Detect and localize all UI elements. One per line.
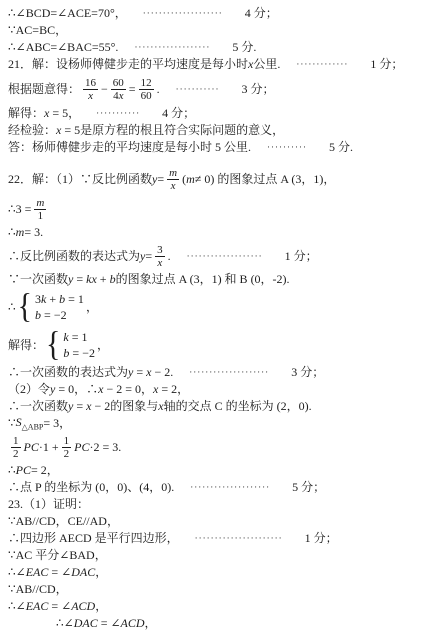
fraction-denominator: 2	[62, 448, 72, 460]
math-run: x = 5	[44, 106, 68, 121]
math-run: y = x − 2	[128, 365, 170, 380]
fraction: 3x	[155, 244, 165, 269]
fraction-numerator: m	[34, 197, 46, 210]
dotted-leader: ···········	[176, 82, 220, 97]
text-run: 公里.	[253, 57, 280, 72]
text-run: 解得：	[8, 106, 44, 121]
text-run: ，	[141, 382, 153, 397]
math-run: y = 0	[50, 382, 74, 397]
score-label: 1 分；	[370, 57, 403, 72]
system-rows: k = 1b = −2	[63, 329, 95, 361]
solution-line: 经检验：x = 5 是原方程的根且符合实际问题的意义，	[8, 122, 439, 139]
text-run: ∴∠BCD=∠ACE=70°，	[8, 6, 127, 21]
score-label: 1 分；	[285, 249, 318, 264]
fraction: m1	[34, 197, 46, 222]
solution-line: ∵S△ABP = 3，	[8, 415, 439, 432]
text-run: （2）令	[8, 382, 50, 397]
subscripted-symbol: S△ABP	[16, 415, 44, 431]
solution-line: 根据题意得：16x − 604x = 1260.···········3 分；	[8, 73, 439, 105]
fraction-denominator: x	[155, 257, 164, 269]
text-run: ∴3 =	[8, 202, 31, 217]
solution-line: ∴PC = 2，	[8, 462, 439, 479]
text-run: ∵一次函数	[8, 272, 68, 287]
solution-line: 23.（1）证明：	[8, 496, 439, 513]
text-run: .	[157, 82, 160, 97]
text-run: ∴	[8, 225, 16, 240]
left-brace-icon: {	[46, 328, 60, 363]
system-equation: b = −2	[35, 307, 84, 323]
text-run: 21．解：设杨师傅健步走的平均速度是每小时	[8, 57, 248, 72]
math-run: x = 5	[56, 123, 80, 138]
math-run: y = x − 2	[68, 399, 110, 414]
fraction: 12	[11, 435, 21, 460]
solution-line: ∵一次函数 y = kx + b 的图象过点 A (3，1) 和 B (0，-2…	[8, 271, 439, 288]
solution-line: 21．解：设杨师傅健步走的平均速度是每小时 x 公里.·············…	[8, 56, 439, 73]
text-run: ，	[68, 106, 80, 121]
text-run: ∴	[56, 616, 64, 631]
score-label: 4 分；	[245, 6, 278, 21]
text-run: ∵AB//CD，	[8, 582, 68, 597]
text-run: 答：杨师傅健步走的平均速度是每小时 5 公里.	[8, 140, 251, 155]
text-run: 23.（1）证明：	[8, 497, 89, 512]
fraction-numerator: 60	[111, 77, 126, 90]
solution-line: ∴点 P 的坐标为 (0，0)、(4，0).··················…	[8, 479, 439, 496]
dotted-leader: ···········	[96, 106, 140, 121]
document-page: ∴∠BCD=∠ACE=70°，····················4 分；∵…	[0, 0, 443, 632]
text-run: =	[157, 172, 164, 187]
fraction-denominator: 2	[11, 448, 21, 460]
system-equation: b = −2	[63, 345, 95, 361]
math-run: ∠EAC = ∠ACD	[16, 599, 96, 614]
solution-line: （2）令 y = 0，∴ x − 2 = 0， x = 2，	[8, 381, 439, 398]
text-run: ∴一次函数	[8, 399, 68, 414]
solution-line: 12PC·1 + 12PC·2 = 3.	[8, 432, 439, 462]
solution-line: ∴一次函数 y = x − 2 的图象与 x 轴的交点 C 的坐标为 (2，0)…	[8, 398, 439, 415]
solution-line: ∴反比例函数的表达式为 y = 3x.···················1 …	[8, 241, 439, 271]
text-run: 根据题意得：	[8, 82, 80, 97]
solution-line: ∵AC 平分∠BAD，	[8, 547, 439, 564]
fraction: mx	[167, 167, 179, 192]
score-label: 3 分；	[242, 82, 275, 97]
solution-line: 22．解：（1）∵反比例函数 y = mx(m ≠ 0) 的图象过点 A (3，…	[8, 164, 439, 194]
text-run: ∵	[8, 416, 16, 431]
solution-line: ∵AC=BC，	[8, 22, 439, 39]
text-run: .	[168, 249, 171, 264]
solution-line: 答：杨师傅健步走的平均速度是每小时 5 公里.··········5 分.	[8, 139, 439, 156]
text-run: ，	[95, 565, 107, 580]
math-run: m	[16, 225, 25, 240]
text-run: = 2，	[31, 463, 59, 478]
text-run: 解得：	[8, 338, 44, 353]
text-run: ，	[95, 599, 107, 614]
solution-line: ∵AB//CD，	[8, 581, 439, 598]
math-run: PC	[16, 463, 31, 478]
equation-system: {3k + b = 1b = −2	[18, 291, 84, 323]
text-run: ，∴	[74, 382, 98, 397]
text-run: = 3，	[43, 416, 71, 431]
dotted-leader: ···················	[134, 40, 210, 55]
dotted-leader: ·············	[296, 57, 348, 72]
text-run: 是原方程的根且符合实际问题的意义，	[80, 123, 284, 138]
text-run: 22．解：（1）∵反比例函数	[8, 172, 152, 187]
fraction-denominator: 4x	[111, 90, 125, 102]
text-run: ，	[97, 338, 109, 353]
text-run: = 3.	[24, 225, 43, 240]
text-run: 的图象与	[110, 399, 158, 414]
text-run: ∵AB//CD，CE//AD，	[8, 514, 119, 529]
text-run: ，	[145, 616, 157, 631]
text-run: ∵AC 平分∠BAD，	[8, 548, 107, 563]
math-run: ∠EAC = ∠DAC	[16, 565, 96, 580]
fraction-denominator: x	[86, 90, 95, 102]
text-run: 轴的交点 C 的坐标为 (2，0).	[164, 399, 312, 414]
system-rows: 3k + b = 1b = −2	[35, 291, 84, 323]
dotted-leader: ····················	[143, 6, 223, 21]
solution-line: ∴∠ABC=∠BAC=55°.···················5 分.	[8, 39, 439, 56]
dotted-leader: ····················	[190, 480, 270, 495]
left-brace-icon: {	[18, 290, 32, 325]
math-run: y = kx + b	[68, 272, 116, 287]
dotted-leader: ··········	[267, 140, 307, 155]
text-run: ·2 = 3.	[89, 440, 121, 455]
score-label: 5 分.	[329, 140, 353, 155]
symbol-subscript: △ABP	[22, 423, 44, 432]
dotted-leader: ···················	[187, 249, 263, 264]
equation-system: {k = 1b = −2	[46, 329, 95, 361]
fraction-numerator: m	[167, 167, 179, 180]
score-label: 5 分.	[232, 40, 256, 55]
solution-line: ∴∠EAC = ∠DAC，	[8, 564, 439, 581]
solution-line: ∴∠BCD=∠ACE=70°，····················4 分；	[8, 5, 439, 22]
text-run: ，	[86, 300, 98, 315]
solution-line: ∴3 = m1	[8, 194, 439, 224]
fraction: 1260	[139, 77, 154, 102]
fraction-numerator: 1	[11, 435, 21, 448]
text-run: ∴	[8, 599, 16, 614]
text-run: ≠ 0) 的图象过点 A (3，1)，	[195, 172, 336, 187]
text-run: ∵AC=BC，	[8, 23, 67, 38]
text-run: ∴一次函数的表达式为	[8, 365, 128, 380]
solution-line: ∴四边形 AECD 是平行四边形，······················1…	[8, 530, 439, 547]
dotted-leader: ····················	[189, 365, 269, 380]
score-label: 3 分；	[291, 365, 324, 380]
dotted-leader: ······················	[195, 531, 283, 546]
text-run: 经检验：	[8, 123, 56, 138]
fraction-numerator: 1	[62, 435, 72, 448]
text-run: ，	[177, 382, 189, 397]
math-run: x = 2	[153, 382, 177, 397]
text-run: ∴	[8, 463, 16, 478]
fraction: 16x	[83, 77, 98, 102]
text-run: ·1 +	[39, 440, 59, 455]
fraction-numerator: 16	[83, 77, 98, 90]
text-run: =	[129, 82, 136, 97]
fraction-numerator: 12	[139, 77, 154, 90]
text-run: ∴	[8, 565, 16, 580]
score-label: 1 分；	[305, 531, 338, 546]
fraction-numerator: 3	[155, 244, 165, 257]
text-run: ∴点 P 的坐标为 (0，0)、(4，0).	[8, 480, 174, 495]
document-body: ∴∠BCD=∠ACE=70°，····················4 分；∵…	[8, 5, 439, 632]
solution-line: 解得：{k = 1b = −2，	[8, 326, 439, 364]
fraction: 604x	[111, 77, 126, 102]
score-label: 4 分；	[162, 106, 195, 121]
fraction: 12	[62, 435, 72, 460]
text-run: −	[101, 82, 108, 97]
text-run: 的图象过点 A (3，1) 和 B (0，-2).	[116, 272, 290, 287]
score-label: 5 分；	[292, 480, 325, 495]
text-run: ∴	[8, 300, 16, 315]
solution-line: ∴∠DAC = ∠ACD，	[56, 615, 439, 632]
solution-line: ∴{3k + b = 1b = −2，	[8, 288, 439, 326]
math-run: x − 2 = 0	[98, 382, 141, 397]
math-run: m	[186, 172, 195, 187]
fraction-denominator: 1	[36, 210, 46, 222]
text-run: ∴∠ABC=∠BAC=55°.	[8, 40, 118, 55]
solution-line: 解得：x = 5，···········4 分；	[8, 105, 439, 122]
math-run: PC	[74, 440, 89, 455]
fraction-denominator: 60	[139, 90, 154, 102]
text-run: ∴四边形 AECD 是平行四边形，	[8, 531, 179, 546]
text-run: =	[145, 249, 152, 264]
math-run: PC	[24, 440, 39, 455]
math-run: ∠DAC = ∠ACD	[64, 616, 145, 631]
solution-line: ∴m = 3.	[8, 224, 439, 241]
solution-line: ∵AB//CD，CE//AD，	[8, 513, 439, 530]
solution-line: ∴一次函数的表达式为 y = x − 2.···················…	[8, 364, 439, 381]
text-run: .	[170, 365, 173, 380]
solution-line: ∴∠EAC = ∠ACD，	[8, 598, 439, 615]
text-run: ∴反比例函数的表达式为	[8, 249, 140, 264]
fraction-denominator: x	[169, 180, 178, 192]
system-equation: 3k + b = 1	[35, 291, 84, 307]
system-equation: k = 1	[63, 329, 95, 345]
